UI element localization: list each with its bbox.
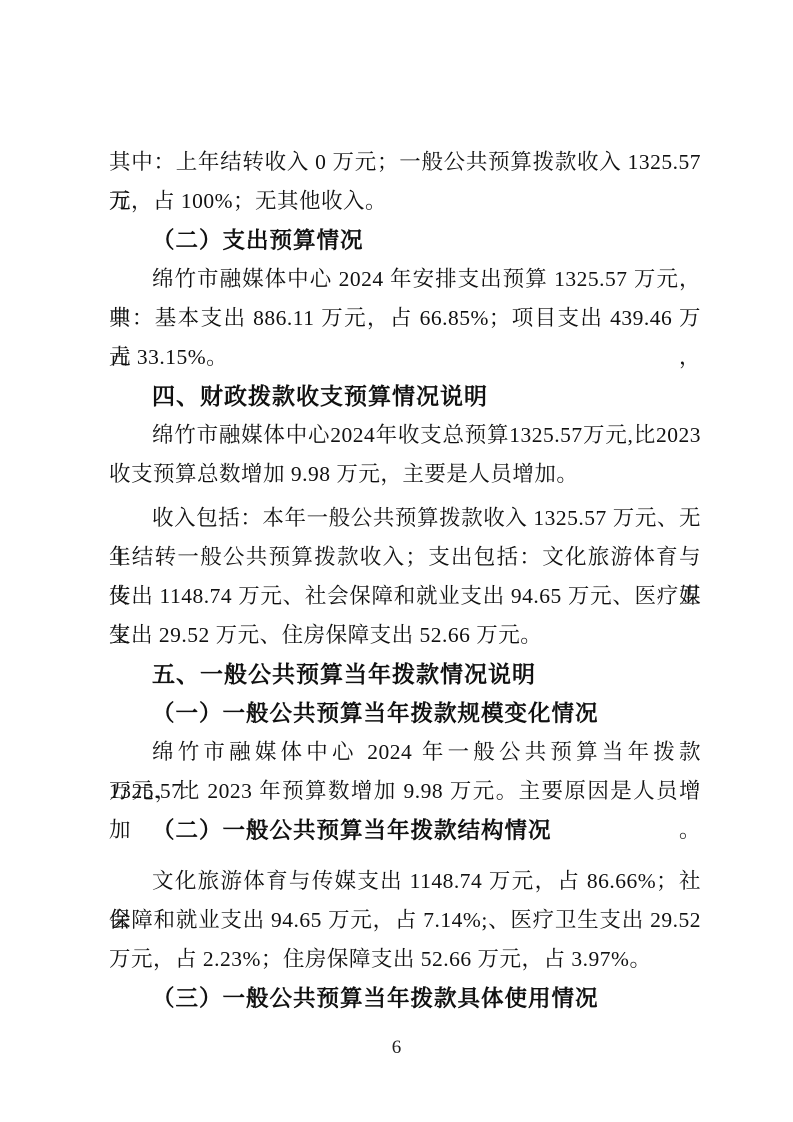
paragraph-scale-change: 绵竹市融媒体中心 2024 年一般公共预算当年拨款 1325.57 万元，比 2…	[109, 733, 701, 811]
text-line: 支出 29.52 万元、住房保障支出 52.66 万元。	[109, 616, 701, 655]
text-line: 绵竹市融媒体中心 2024 年安排支出预算 1325.57 万元，其	[109, 260, 701, 299]
text-line: 支出 1148.74 万元、社会保障和就业支出 94.65 万元、医疗卫生	[109, 577, 701, 616]
document-page: 其中：上年结转收入 0 万元；一般公共预算拨款收入 1325.57 万 元，占 …	[0, 0, 793, 1122]
text-line: 中：基本支出 886.11 万元，占 66.85%；项目支出 439.46 万元…	[109, 299, 701, 338]
text-line: 文化旅游体育与传媒支出 1148.74 万元，占 86.66%；社会	[109, 862, 701, 901]
heading-appropriation-scale-change: （一）一般公共预算当年拨款规模变化情况	[109, 694, 701, 733]
heading-appropriation-usage: （三）一般公共预算当年拨款具体使用情况	[109, 979, 701, 1018]
text-line: 收支预算总数增加 9.98 万元，主要是人员增加。	[109, 455, 701, 494]
paragraph-total-budget: 绵竹市融媒体中心2024年收支总预算1325.57万元,比2023 收支预算总数…	[109, 416, 701, 494]
text-line: 元，占 100%；无其他收入。	[109, 182, 701, 221]
text-line: 万元，占 2.23%；住房保障支出 52.66 万元，占 3.97%。	[109, 940, 701, 979]
text-line: 收入包括：本年一般公共预算拨款收入 1325.57 万元、无上	[109, 499, 701, 538]
paragraph-income-expenditure-breakdown: 收入包括：本年一般公共预算拨款收入 1325.57 万元、无上 年结转一般公共预…	[109, 499, 701, 655]
text-line: 万元，比 2023 年预算数增加 9.98 万元。主要原因是人员增加。	[109, 772, 701, 811]
paragraph-expenditure-detail: 绵竹市融媒体中心 2024 年安排支出预算 1325.57 万元，其 中：基本支…	[109, 260, 701, 377]
text-line: 绵竹市融媒体中心2024年收支总预算1325.57万元,比2023	[109, 416, 701, 455]
text-line: 保障和就业支出 94.65 万元，占 7.14%;、医疗卫生支出 29.52	[109, 901, 701, 940]
paragraph-income-composition: 其中：上年结转收入 0 万元；一般公共预算拨款收入 1325.57 万 元，占 …	[109, 143, 701, 221]
text-line: 绵竹市融媒体中心 2024 年一般公共预算当年拨款 1325.57	[109, 733, 701, 772]
heading-general-public-budget: 五、一般公共预算当年拨款情况说明	[109, 655, 701, 694]
text-line: 其中：上年结转收入 0 万元；一般公共预算拨款收入 1325.57 万	[109, 143, 701, 182]
document-body: 其中：上年结转收入 0 万元；一般公共预算拨款收入 1325.57 万 元，占 …	[109, 143, 701, 1018]
heading-expenditure-budget: （二）支出预算情况	[109, 221, 701, 260]
text-line: 年结转一般公共预算拨款收入；支出包括：文化旅游体育与传媒	[109, 538, 701, 577]
paragraph-structure-detail: 文化旅游体育与传媒支出 1148.74 万元，占 86.66%；社会 保障和就业…	[109, 862, 701, 979]
heading-fiscal-appropriation: 四、财政拨款收支预算情况说明	[109, 377, 701, 416]
page-number: 6	[0, 1036, 793, 1060]
